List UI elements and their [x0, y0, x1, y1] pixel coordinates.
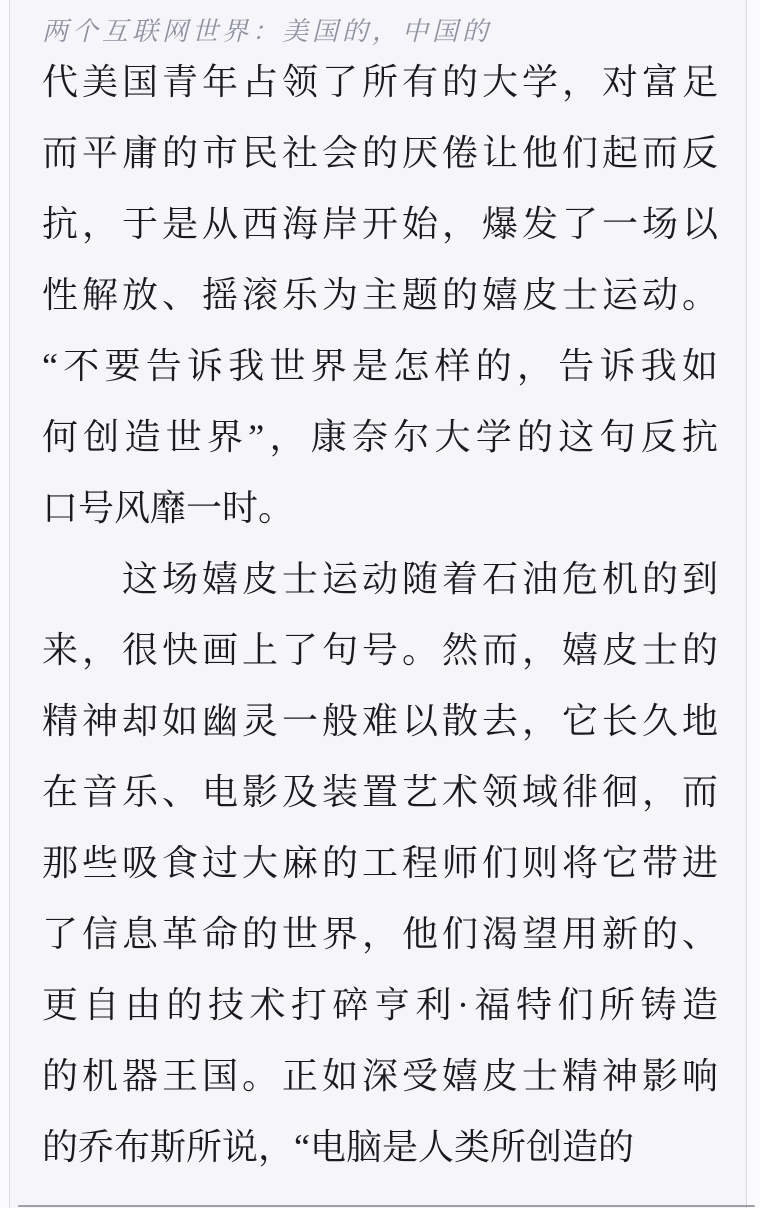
text-line: 这场嬉皮士运动随着石油危机的到 — [42, 544, 718, 615]
text-line: 来，很快画上了句号。然而，嬉皮士的 — [42, 615, 718, 686]
text-line: 的乔布斯所说，“电脑是人类所创造的 — [42, 1112, 718, 1183]
text-line: 而平庸的市民社会的厌倦让他们起而反 — [42, 118, 718, 189]
text-line: 精神却如幽灵一般难以散去，它长久地 — [42, 686, 718, 757]
text-line: 在音乐、电影及装置艺术领域徘徊，而 — [42, 757, 718, 828]
text-line: 了信息革命的世界，他们渴望用新的、 — [42, 899, 718, 970]
text-line: 何创造世界”，康奈尔大学的这句反抗 — [42, 402, 718, 473]
text-line: 那些吸食过大麻的工程师们则将它带进 — [42, 828, 718, 899]
ebook-page[interactable]: 两个互联网世界：美国的，中国的 代美国青年占领了所有的大学，对富足而平庸的市民社… — [0, 0, 760, 1208]
text-line: 更自由的技术打碎亨利·福特们所铸造 — [42, 970, 718, 1041]
page-edge-right — [746, 0, 760, 1208]
text-line: “不要告诉我世界是怎样的，告诉我如 — [42, 331, 718, 402]
text-line: 代美国青年占领了所有的大学，对富足 — [42, 47, 718, 118]
running-header: 两个互联网世界：美国的，中国的 — [42, 11, 492, 48]
page-edge-left — [0, 0, 10, 1208]
text-lines: 代美国青年占领了所有的大学，对富足而平庸的市民社会的厌倦让他们起而反抗，于是从西… — [42, 47, 718, 1183]
text-line: 口号风靡一时。 — [42, 473, 718, 544]
text-line: 抗，于是从西海岸开始，爆发了一场以 — [42, 189, 718, 260]
page-bottom-edge — [18, 1205, 755, 1207]
text-line: 性解放、摇滚乐为主题的嬉皮士运动。 — [42, 260, 718, 331]
text-line: 的机器王国。正如深受嬉皮士精神影响 — [42, 1041, 718, 1112]
